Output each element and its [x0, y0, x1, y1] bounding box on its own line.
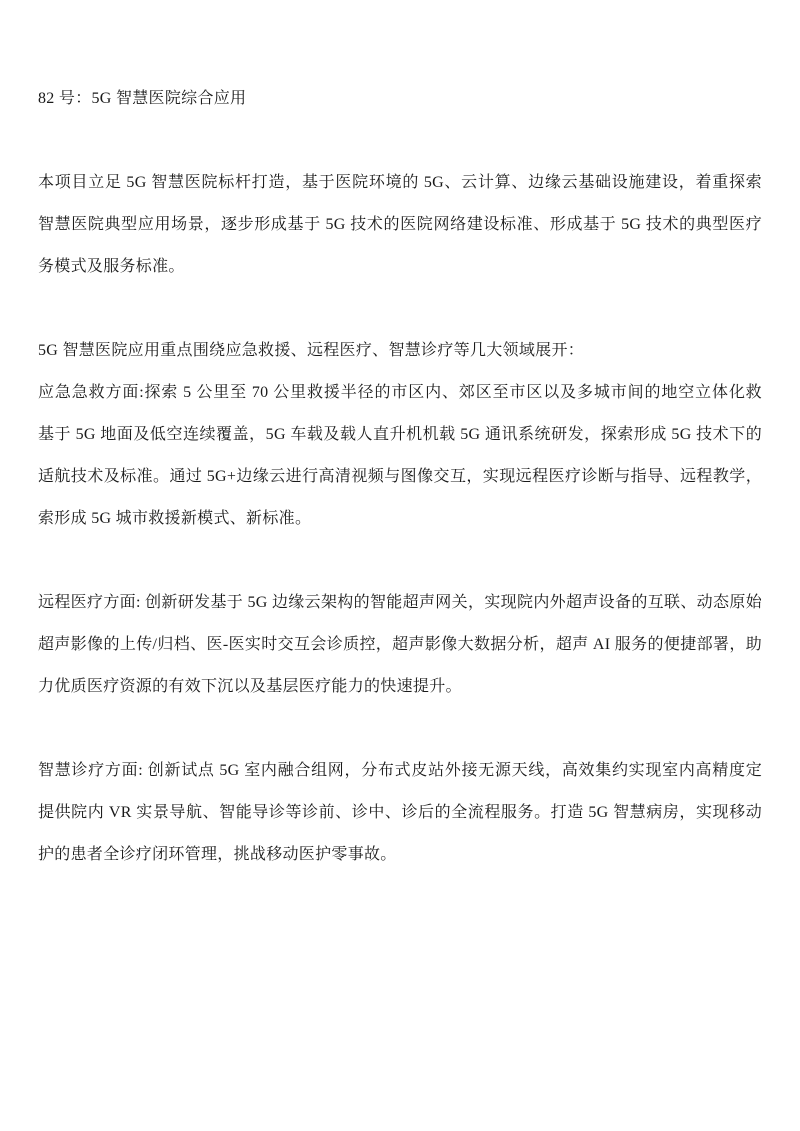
paragraph-application-areas-emergency-rescue: 5G 智慧医院应用重点围绕应急救援、远程医疗、智慧诊疗等几大领域展开：应急急救方… — [38, 330, 762, 540]
text-line: 智慧诊疗方面: 创新试点 5G 室内融合组网，分布式皮站外接无源天线，高效集约实… — [38, 750, 762, 792]
paragraph-smart-diagnosis: 智慧诊疗方面: 创新试点 5G 室内融合组网，分布式皮站外接无源天线，高效集约实… — [38, 750, 762, 876]
text-line: 提供院内 VR 实景导航、智能导诊等诊前、诊中、诊后的全流程服务。打造 5G 智… — [38, 792, 762, 834]
text-line: 适航技术及标准。通过 5G+边缘云进行高清视频与图像交互，实现远程医疗诊断与指导… — [38, 456, 762, 498]
title-spacer — [38, 120, 762, 162]
text-line: 本项目立足 5G 智慧医院标杆打造，基于医院环境的 5G、云计算、边缘云基础设施… — [38, 162, 762, 204]
text-line: 超声影像的上传/归档、医-医实时交互会诊质控，超声影像大数据分析，超声 AI 服… — [38, 624, 762, 666]
document-page: 82 号：5G 智慧医院综合应用 本项目立足 5G 智慧医院标杆打造，基于医院环… — [0, 0, 800, 1131]
paragraph-project-overview: 本项目立足 5G 智慧医院标杆打造，基于医院环境的 5G、云计算、边缘云基础设施… — [38, 162, 762, 288]
text-line: 基于 5G 地面及低空连续覆盖，5G 车载及载人直升机机载 5G 通讯系统研发，… — [38, 414, 762, 456]
text-line: 应急急救方面:探索 5 公里至 70 公里救援半径的市区内、郊区至市区以及多城市… — [38, 372, 762, 414]
text-line: 远程医疗方面: 创新研发基于 5G 边缘云架构的智能超声网关，实现院内外超声设备… — [38, 582, 762, 624]
text-line: 护的患者全诊疗闭环管理，挑战移动医护零事故。 — [38, 834, 762, 876]
text-line: 5G 智慧医院应用重点围绕应急救援、远程医疗、智慧诊疗等几大领域展开： — [38, 330, 762, 372]
text-line: 索形成 5G 城市救援新模式、新标准。 — [38, 498, 762, 540]
text-line: 力优质医疗资源的有效下沉以及基层医疗能力的快速提升。 — [38, 666, 762, 708]
paragraph-spacer — [38, 540, 762, 582]
document-title: 82 号：5G 智慧医院综合应用 — [38, 78, 762, 120]
document-body: 本项目立足 5G 智慧医院标杆打造，基于医院环境的 5G、云计算、边缘云基础设施… — [38, 162, 762, 876]
paragraph-spacer — [38, 708, 762, 750]
text-line: 务模式及服务标准。 — [38, 246, 762, 288]
paragraph-spacer — [38, 288, 762, 330]
paragraph-telemedicine: 远程医疗方面: 创新研发基于 5G 边缘云架构的智能超声网关，实现院内外超声设备… — [38, 582, 762, 708]
text-line: 智慧医院典型应用场景，逐步形成基于 5G 技术的医院网络建设标准、形成基于 5G… — [38, 204, 762, 246]
